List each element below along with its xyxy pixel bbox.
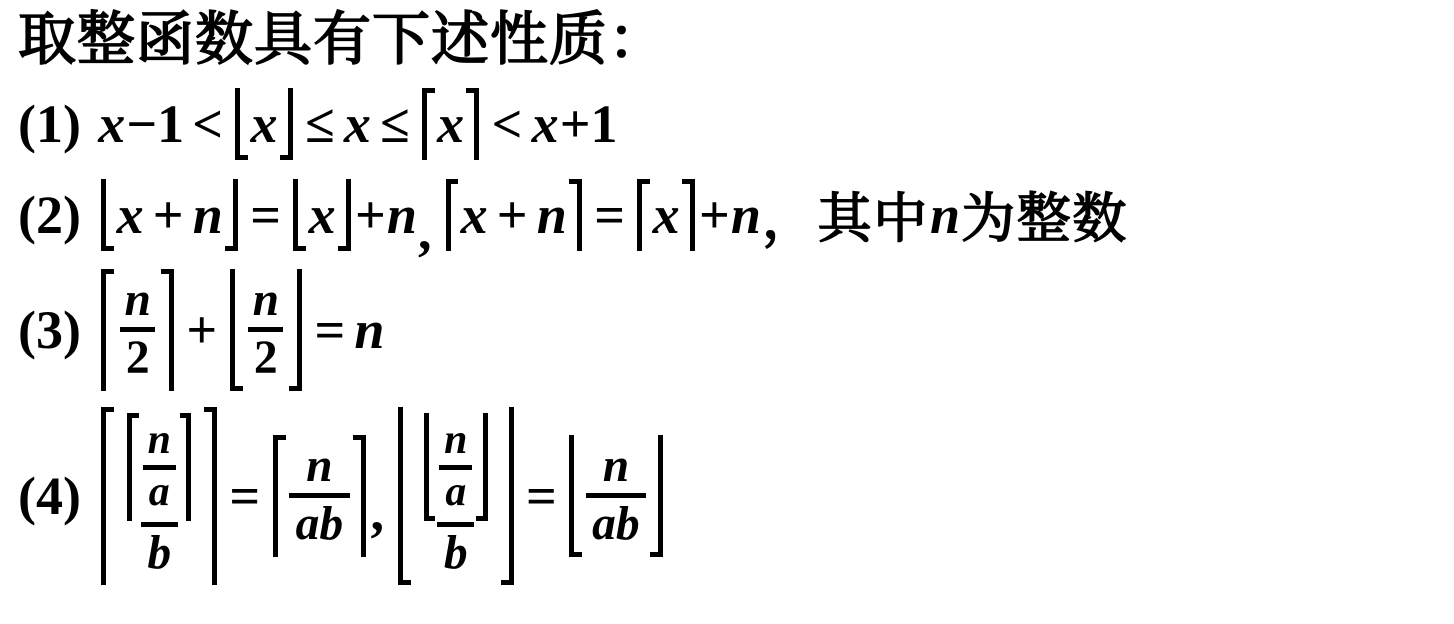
math-variable: b (444, 529, 468, 579)
math-variable: n (444, 419, 467, 463)
bracket-content: nab (582, 435, 650, 556)
punctuation: , (418, 200, 432, 262)
math-operator: = (314, 299, 345, 361)
floor-bracket: n2 (230, 269, 303, 390)
math-variable: n (125, 276, 151, 326)
math-operator: = (594, 184, 625, 246)
math-operator: + (497, 184, 528, 246)
bracket-content: nab (286, 435, 354, 556)
right-floor-bracket-icon (501, 407, 514, 586)
fraction: nab (414, 412, 497, 580)
math-operator: = (526, 465, 557, 527)
math-variable: b (147, 529, 171, 579)
math-operator: ≤ (305, 93, 335, 155)
punctuation: , (370, 481, 384, 543)
fraction: nab (586, 441, 647, 551)
ceil-bracket: n2 (101, 269, 174, 390)
denominator: b (141, 522, 178, 580)
math-variable: x (532, 93, 559, 155)
right-ceiling-bracket-icon (204, 407, 217, 586)
property-line-4: (4) nab=nab,nab=nab (18, 405, 1438, 587)
bracket-content: x (248, 88, 279, 161)
property-line-1: (1) x−1<x≤x≤x<x+1 (18, 83, 1438, 165)
fraction: nab (118, 412, 201, 580)
math-variable: n (537, 184, 567, 246)
floor-bracket: nab (569, 435, 663, 556)
math-operator: + (186, 299, 217, 361)
denominator: ab (586, 493, 647, 551)
math-variable: ab (592, 500, 640, 550)
right-ceiling-bracket-icon (569, 179, 582, 252)
math-variable: x (250, 93, 277, 155)
math-operator: + (153, 184, 184, 246)
right-floor-bracket-icon (650, 435, 663, 556)
chinese-text: ，其中 (762, 176, 929, 253)
right-floor-bracket-icon (280, 88, 293, 161)
left-floor-bracket-icon (101, 179, 114, 252)
math-variable: n (253, 276, 279, 326)
denominator: a (439, 465, 472, 516)
math-variable: ab (296, 500, 344, 550)
line-label-1: (1) (18, 93, 81, 155)
fraction: nab (289, 441, 350, 551)
math-literal: 2 (126, 334, 150, 384)
numerator: n (596, 441, 636, 494)
math-literal: +1 (560, 93, 618, 155)
math-literal: −1 (126, 93, 184, 155)
numerator: na (414, 412, 497, 522)
document-page: 取整函数具有下述性质： (1) x−1<x≤x≤x<x+1 (2) x+n=x+… (0, 0, 1454, 587)
line-label-4: (4) (18, 465, 81, 527)
floor-bracket: na (424, 413, 488, 520)
numerator: n (300, 441, 340, 494)
numerator: n (118, 275, 158, 328)
right-ceiling-bracket-icon (682, 179, 695, 252)
bracket-content: na (435, 413, 476, 520)
right-ceiling-bracket-icon (180, 413, 191, 520)
math-operator: ≤ (380, 93, 410, 155)
denominator: ab (289, 493, 350, 551)
ceil-bracket: x+n (446, 179, 582, 252)
left-floor-bracket-icon (398, 407, 411, 586)
math-variable: n (603, 442, 629, 492)
math-variable: n (387, 184, 417, 246)
math-variable: n (354, 299, 384, 361)
bracket-content: x (435, 88, 466, 161)
math-variable: x (437, 93, 464, 155)
math-variable: x (309, 184, 336, 246)
property-line-3: (3) n2+n2=n (18, 269, 1438, 391)
right-ceiling-bracket-icon (161, 269, 174, 390)
left-floor-bracket-icon (235, 88, 248, 161)
right-floor-bracket-icon (476, 413, 487, 520)
math-expression-2: x+n=x+n,x+n=x+n，其中n为整数 (97, 176, 1128, 253)
math-variable: x (98, 93, 125, 155)
numerator: na (118, 412, 201, 522)
numerator: n (438, 418, 473, 464)
left-ceiling-bracket-icon (101, 269, 114, 390)
left-ceiling-bracket-icon (446, 179, 459, 252)
bracket-content: x+n (458, 179, 568, 252)
math-literal: 2 (254, 334, 278, 384)
right-ceiling-bracket-icon (466, 88, 479, 161)
math-variable: x (461, 184, 488, 246)
denominator: b (437, 522, 474, 580)
math-variable: n (306, 442, 332, 492)
math-variable: n (930, 184, 960, 246)
bracket-content: n2 (243, 269, 290, 390)
floor-bracket: nab (398, 407, 514, 586)
math-variable: n (193, 184, 223, 246)
fraction: na (438, 418, 473, 516)
numerator: n (246, 275, 286, 328)
fraction: n2 (246, 275, 286, 385)
math-literal: + (699, 184, 730, 246)
math-variable: a (149, 471, 170, 515)
ceil-bracket: nab (273, 435, 367, 556)
left-ceiling-bracket-icon (422, 88, 435, 161)
ceil-bracket: na (127, 413, 191, 520)
math-variable: n (731, 184, 761, 246)
bracket-content: na (139, 413, 180, 520)
math-expression-4: nab=nab,nab=nab (97, 407, 667, 586)
math-variable: a (445, 471, 466, 515)
bracket-content: n2 (114, 269, 161, 390)
math-operator: < (492, 93, 523, 155)
math-literal: + (355, 184, 386, 246)
right-floor-bracket-icon (225, 179, 238, 252)
left-floor-bracket-icon (230, 269, 243, 390)
math-operator: < (192, 93, 223, 155)
left-ceiling-bracket-icon (273, 435, 286, 556)
left-floor-bracket-icon (293, 179, 306, 252)
denominator: 2 (120, 327, 155, 385)
property-line-2: (2) x+n=x+n,x+n=x+n，其中n为整数 (18, 173, 1438, 257)
math-variable: x (344, 93, 371, 155)
bracket-content: x (306, 179, 337, 252)
right-floor-bracket-icon (338, 179, 351, 252)
math-operator: = (229, 465, 260, 527)
floor-bracket: x (293, 179, 350, 252)
fraction: na (142, 418, 177, 516)
bracket-content: nab (114, 407, 204, 586)
numerator: n (142, 418, 177, 464)
left-ceiling-bracket-icon (127, 413, 138, 520)
ceil-bracket: x (422, 88, 479, 161)
floor-bracket: x (235, 88, 292, 161)
page-title: 取整函数具有下述性质： (18, 8, 1438, 73)
line-label-2: (2) (18, 184, 81, 246)
bracket-content: x (650, 179, 681, 252)
denominator: 2 (248, 327, 283, 385)
math-expression-1: x−1<x≤x≤x<x+1 (97, 88, 617, 161)
left-floor-bracket-icon (424, 413, 435, 520)
math-variable: x (653, 184, 680, 246)
math-operator: = (250, 184, 281, 246)
left-ceiling-bracket-icon (101, 407, 114, 586)
floor-bracket: x+n (101, 179, 237, 252)
bracket-content: nab (411, 407, 501, 586)
left-ceiling-bracket-icon (637, 179, 650, 252)
ceil-bracket: nab (101, 407, 217, 586)
left-floor-bracket-icon (569, 435, 582, 556)
chinese-text: 为整数 (961, 176, 1128, 253)
math-variable: n (148, 419, 171, 463)
line-label-3: (3) (18, 299, 81, 361)
fraction: n2 (118, 275, 158, 385)
math-variable: x (117, 184, 144, 246)
right-floor-bracket-icon (289, 269, 302, 390)
bracket-content: x+n (114, 179, 224, 252)
math-expression-3: n2+n2=n (97, 269, 385, 390)
right-ceiling-bracket-icon (353, 435, 366, 556)
ceil-bracket: x (637, 179, 694, 252)
denominator: a (143, 465, 176, 516)
